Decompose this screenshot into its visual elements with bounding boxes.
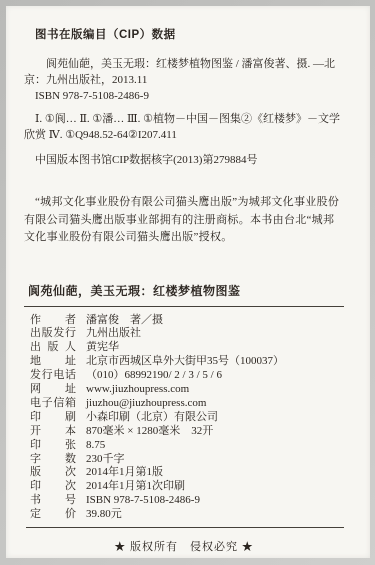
- copyright-statement: ★ 版权所有 侵权必究 ★: [24, 539, 344, 555]
- row-label: 定价: [30, 508, 76, 522]
- row-value: 2014年1月第1次印刷: [86, 480, 185, 494]
- colophon-row-publisher-person: 出版人 黄宪华: [30, 341, 344, 355]
- colophon-table: 作者 潘富俊 著／摄 出版发行 九州出版社 出版人 黄宪华 地址 北京市西城区阜…: [30, 314, 344, 523]
- colophon-row-printer: 印刷 小森印刷（北京）有限公司: [30, 411, 344, 425]
- colophon-row-website: 网址 www.jiuzhoupress.com: [30, 383, 344, 397]
- row-label: 发行电话: [30, 369, 76, 383]
- row-label: 出版人: [30, 341, 76, 355]
- row-label: 印张: [30, 439, 76, 453]
- colophon-row-address: 地址 北京市西城区阜外大街甲35号（100037）: [30, 355, 344, 369]
- row-value: ISBN 978-7-5108-2486-9: [86, 494, 200, 508]
- row-label: 印刷: [30, 411, 76, 425]
- row-label: 电子信箱: [30, 397, 76, 411]
- row-label: 作者: [30, 314, 76, 328]
- colophon-row-price: 定价 39.80元: [30, 508, 344, 522]
- row-label: 印次: [30, 480, 76, 494]
- cip-classification: Ⅰ. ①阆… Ⅱ. ①潘… Ⅲ. ①植物－中国－图集②《红楼梦》－文学欣赏 Ⅳ.…: [24, 111, 344, 143]
- colophon-row-printing: 印次 2014年1月第1次印刷: [30, 480, 344, 494]
- colophon-row-publisher: 出版发行 九州出版社: [30, 327, 344, 341]
- scanned-page-frame: 图书在版编目（CIP）数据 阆苑仙葩，美玉无瑕：红楼梦植物图鉴 / 潘富俊著、摄…: [0, 0, 375, 565]
- colophon-row-email: 电子信箱 jiuzhou@jiuzhoupress.com: [30, 397, 344, 411]
- row-label: 版次: [30, 466, 76, 480]
- row-value: 230千字: [86, 453, 125, 467]
- cip-isbn: ISBN 978-7-5108-2486-9: [24, 88, 344, 104]
- cip-entry: 阆苑仙葩，美玉无瑕：红楼梦植物图鉴 / 潘富俊著、摄. —北京：九州出版社，20…: [24, 56, 344, 88]
- colophon-row-phone: 发行电话 （010）68992190/ 2 / 3 / 5 / 6: [30, 369, 344, 383]
- row-label: 网址: [30, 383, 76, 397]
- row-label: 出版发行: [30, 327, 76, 341]
- row-value: （010）68992190/ 2 / 3 / 5 / 6: [86, 369, 222, 383]
- row-value: 39.80元: [86, 508, 122, 522]
- copyright-page: 图书在版编目（CIP）数据 阆苑仙葩，美玉无瑕：红楼梦植物图鉴 / 潘富俊著、摄…: [6, 6, 370, 558]
- cip-heading: 图书在版编目（CIP）数据: [35, 27, 344, 43]
- row-value: 黄宪华: [86, 341, 119, 355]
- row-value: 小森印刷（北京）有限公司: [86, 411, 218, 425]
- colophon-row-wordcount: 字数 230千字: [30, 453, 344, 467]
- colophon-row-sheets: 印张 8.75: [30, 439, 344, 453]
- colophon-row-isbn: 书号 ISBN 978-7-5108-2486-9: [30, 494, 344, 508]
- row-value: 北京市西城区阜外大街甲35号（100037）: [86, 355, 284, 369]
- cip-record-number: 中国版本图书馆CIP数据核字(2013)第279884号: [24, 152, 344, 168]
- row-value: 2014年1月第1版: [86, 466, 163, 480]
- colophon-row-author: 作者 潘富俊 著／摄: [30, 314, 344, 328]
- row-value: 8.75: [86, 439, 105, 453]
- row-label: 地址: [30, 355, 76, 369]
- row-label: 开本: [30, 425, 76, 439]
- row-value: jiuzhou@jiuzhoupress.com: [86, 397, 206, 411]
- book-title: 阆苑仙葩，美玉无瑕：红楼梦植物图鉴: [28, 284, 241, 298]
- row-value: 九州出版社: [86, 327, 141, 341]
- colophon-row-format: 开本 870毫米 × 1280毫米 32开: [30, 425, 344, 439]
- row-label: 字数: [30, 453, 76, 467]
- row-value: www.jiuzhoupress.com: [86, 383, 189, 397]
- bottom-divider: [26, 527, 344, 528]
- row-value: 潘富俊 著／摄: [86, 314, 163, 328]
- colophon-row-edition: 版次 2014年1月第1版: [30, 466, 344, 480]
- trademark-notice: “城邦文化事业股份有限公司猫头鹰出版”为城邦文化事业股份有限公司猫头鹰出版事业部…: [24, 194, 344, 247]
- row-value: 870毫米 × 1280毫米 32开: [86, 425, 213, 439]
- title-block: 阆苑仙葩，美玉无瑕：红楼梦植物图鉴: [24, 283, 344, 307]
- row-label: 书号: [30, 494, 76, 508]
